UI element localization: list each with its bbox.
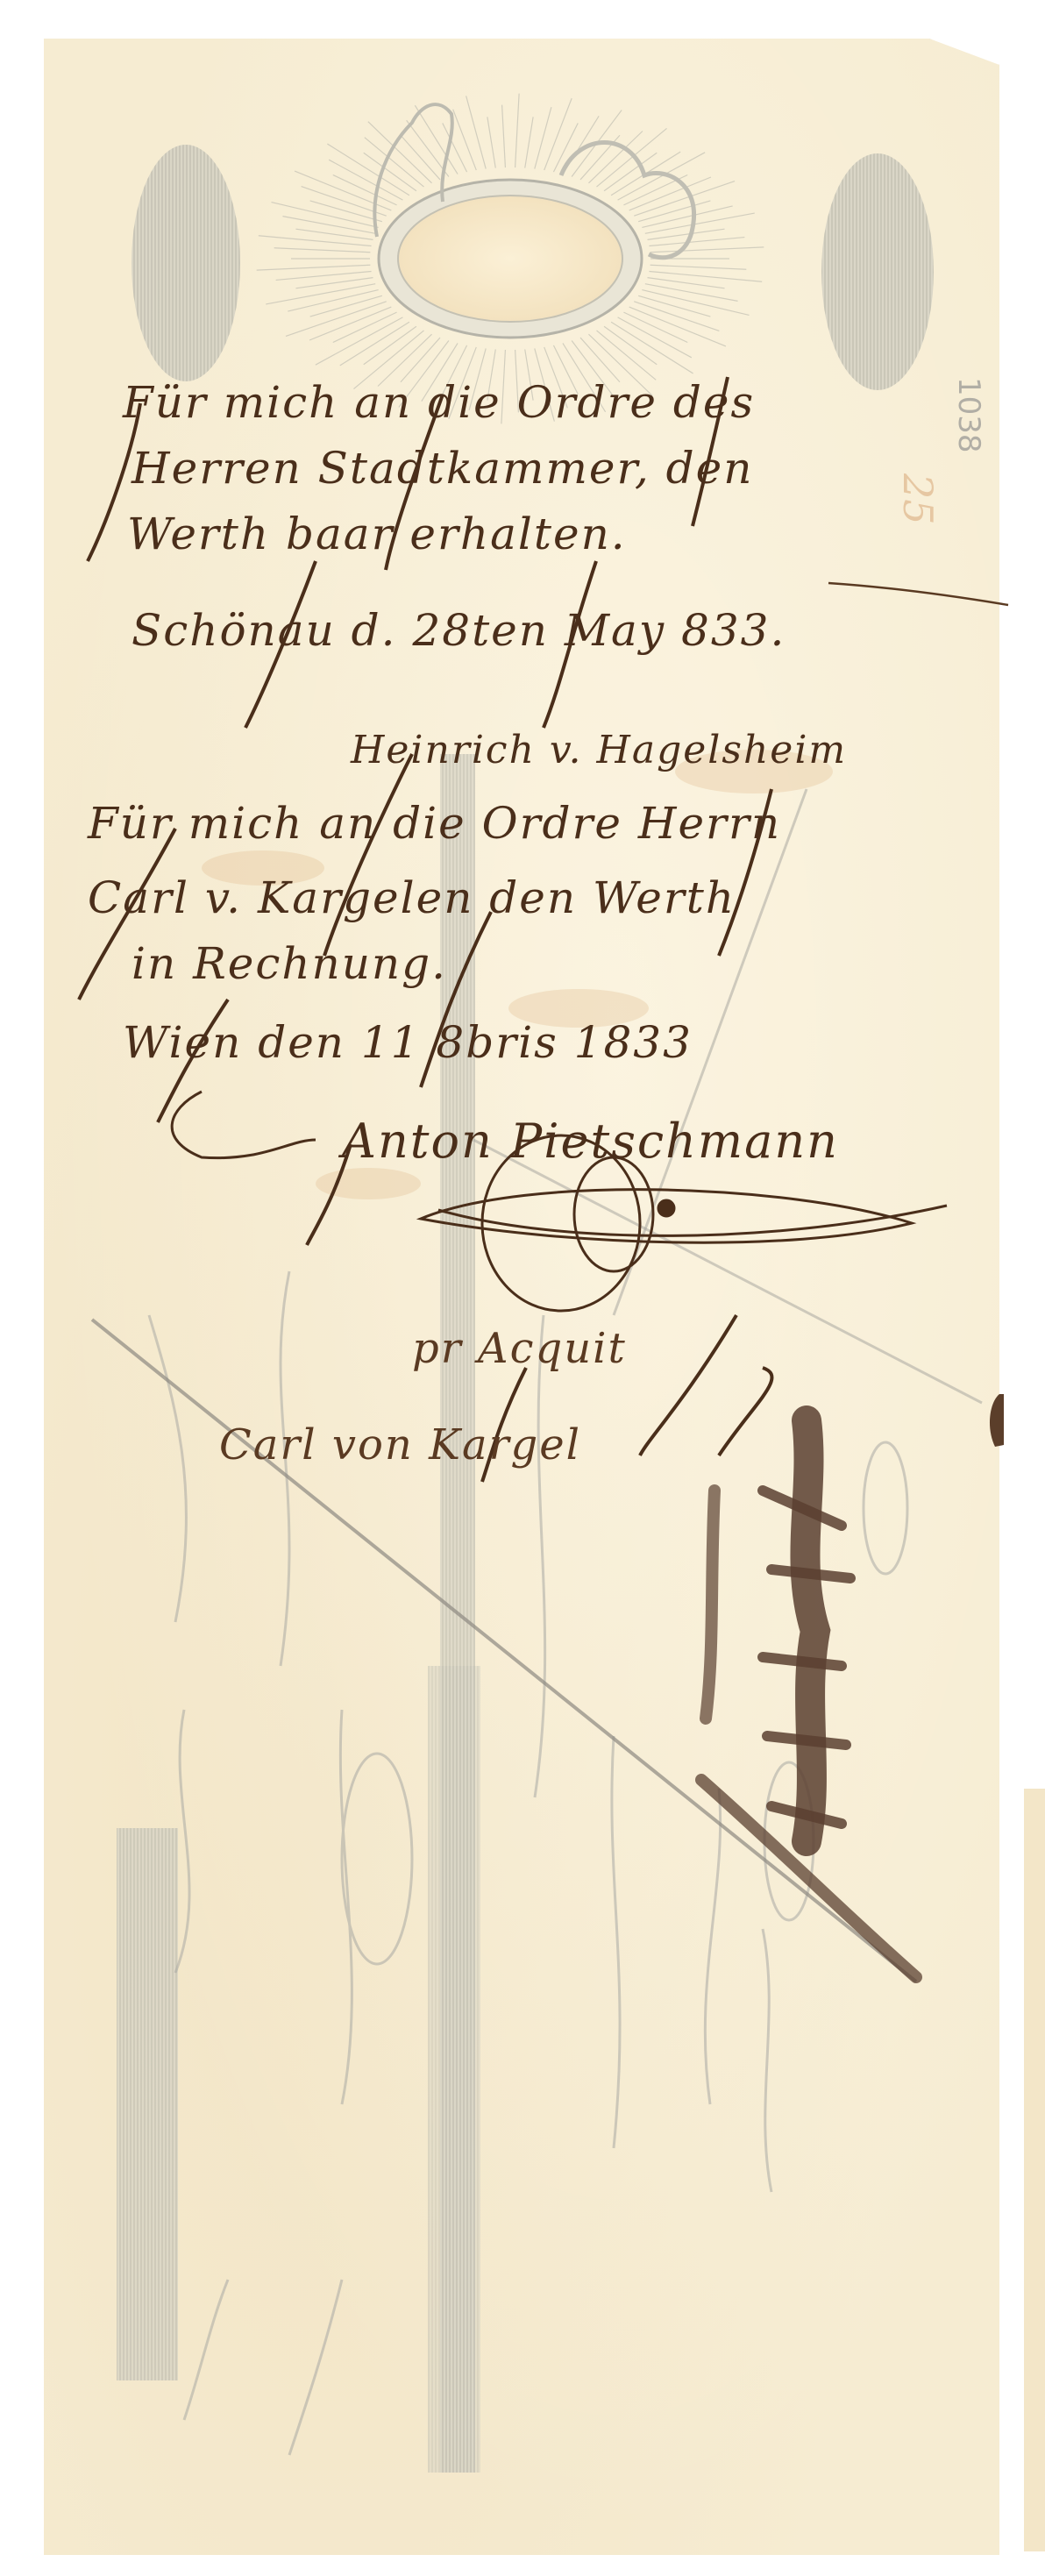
main-text-line-1: Für mich an die Ordre des xyxy=(123,377,755,428)
adjacent-sheet-edge xyxy=(1024,1789,1045,2551)
pencil-serial-number: 1038 xyxy=(951,377,986,453)
main-text-line-4: Schönau d. 28ten May 833. xyxy=(132,605,786,656)
endorsement-line-2: Für mich an die Ordre Herrn xyxy=(88,798,781,849)
endorsement-line-3: Carl v. Kargelen den Werth xyxy=(88,872,736,923)
acquit-prefix: pr Acquit xyxy=(412,1324,627,1373)
endorsement-line-1: Heinrich v. Hagelsheim xyxy=(351,728,847,772)
date-place-line: Wien den 11 8bris 1833 xyxy=(123,1017,693,1068)
main-text-line-2: Herren Stadtkammer, den xyxy=(132,443,753,494)
drawer-signature: Anton Pietschmann xyxy=(342,1114,839,1169)
rust-margin-number: 25 xyxy=(894,473,942,525)
main-text-line-3: Werth baar erhalten. xyxy=(127,509,627,559)
acquit-signature: Carl von Kargel xyxy=(219,1420,581,1469)
endorsement-line-4: in Rechnung. xyxy=(132,938,447,989)
